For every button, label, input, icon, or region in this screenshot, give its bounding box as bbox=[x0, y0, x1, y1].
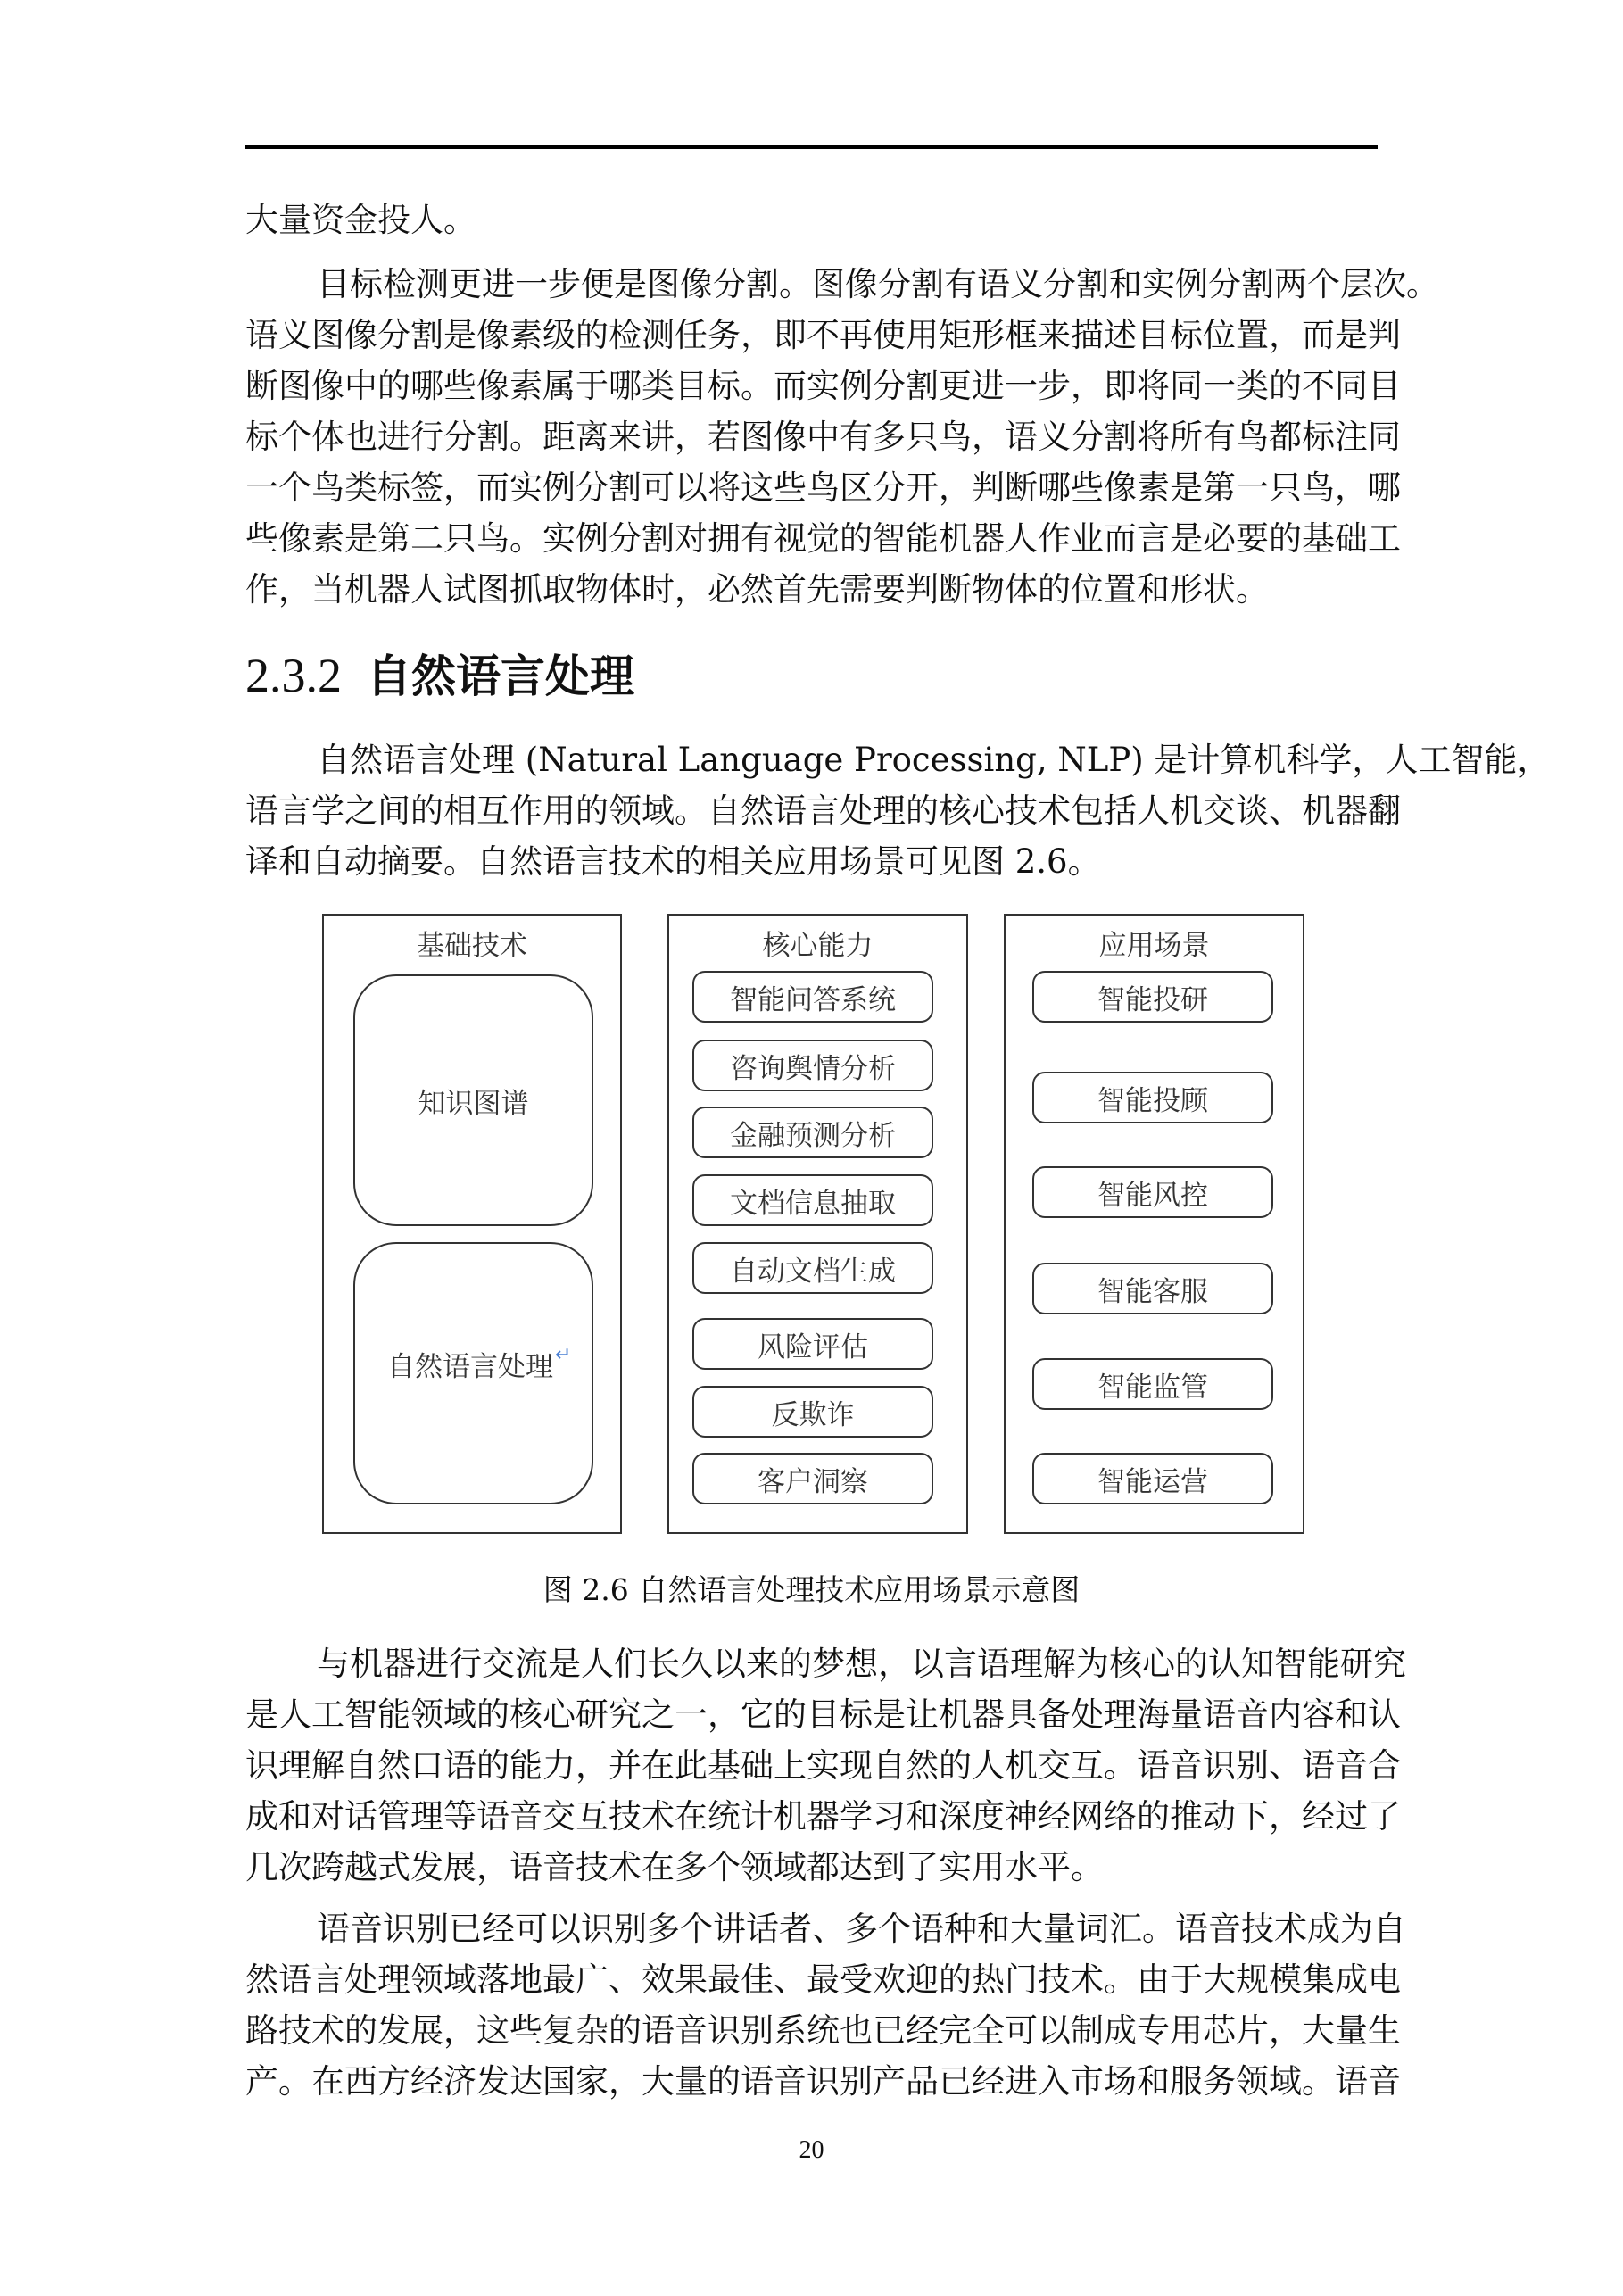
box-scenario: 智能监管 bbox=[1032, 1358, 1273, 1410]
paragraph-line: 大量资金投人。 bbox=[245, 195, 1378, 245]
section-heading: 2.3.2自然语言处理 bbox=[245, 644, 634, 707]
paragraph-line: 断图像中的哪些像素属于哪类目标。而实例分割更进一步，即将同一类的不同目 bbox=[245, 361, 1378, 411]
paragraph-line: 语言学之间的相互作用的领域。自然语言处理的核心技术包括人机交谈、机器翻 bbox=[245, 785, 1378, 836]
return-mark-icon: ↵ bbox=[555, 1344, 571, 1366]
paragraph-line: 路技术的发展，这些复杂的语音识别系统也已经完全可以制成专用芯片，大量生 bbox=[245, 2005, 1378, 2056]
paragraph-line: 是人工智能领域的核心研究之一，它的目标是让机器具备处理海量语音内容和认 bbox=[245, 1689, 1378, 1740]
column-core-capabilities: 核心能力 智能问答系统 咨询舆情分析 金融预测分析 文档信息抽取 自动文档生成 … bbox=[667, 914, 968, 1534]
paragraph-line: 几次跨越式发展，语音技术在多个领域都达到了实用水平。 bbox=[245, 1842, 1378, 1893]
paragraph-line: 译和自动摘要。自然语言技术的相关应用场景可见图 2.6。 bbox=[245, 836, 1378, 887]
header-rule bbox=[245, 145, 1378, 149]
box-capability: 金融预测分析 bbox=[692, 1107, 933, 1158]
paragraph-line: 作，当机器人试图抓取物体时，必然首先需要判断物体的位置和形状。 bbox=[245, 564, 1378, 615]
box-nlp: 自然语言处理↵ bbox=[353, 1242, 593, 1504]
box-capability: 客户洞察 bbox=[692, 1453, 933, 1504]
section-number: 2.3.2 bbox=[245, 649, 342, 702]
paragraph-line: 目标检测更进一步便是图像分割。图像分割有语义分割和实例分割两个层次。 bbox=[317, 259, 1378, 310]
column-title: 应用场景 bbox=[1006, 928, 1303, 964]
box-label: 知识图谱 bbox=[418, 1081, 529, 1121]
page-number: 20 bbox=[245, 2135, 1378, 2166]
box-capability: 风险评估 bbox=[692, 1318, 933, 1370]
paragraph-line: 与机器进行交流是人们长久以来的梦想，以言语理解为核心的认知智能研究 bbox=[317, 1638, 1378, 1689]
box-scenario: 智能风控 bbox=[1032, 1166, 1273, 1218]
box-scenario: 智能运营 bbox=[1032, 1453, 1273, 1504]
box-capability: 自动文档生成 bbox=[692, 1242, 933, 1294]
paragraph-line: 成和对话管理等语音交互技术在统计机器学习和深度神经网络的推动下，经过了 bbox=[245, 1791, 1378, 1842]
paragraph-line: 语音识别已经可以识别多个讲话者、多个语种和大量词汇。语音技术成为自 bbox=[317, 1903, 1378, 1954]
box-scenario: 智能客服 bbox=[1032, 1263, 1273, 1314]
column-title: 基础技术 bbox=[324, 928, 620, 964]
box-capability: 反欺诈 bbox=[692, 1386, 933, 1438]
figure-caption: 图 2.6 自然语言处理技术应用场景示意图 bbox=[245, 1568, 1378, 1612]
paragraph-line: 语义图像分割是像素级的检测任务，即不再使用矩形框来描述目标位置，而是判 bbox=[245, 310, 1378, 361]
paragraph-line: 产。在西方经济发达国家，大量的语音识别产品已经进入市场和服务领域。语音 bbox=[245, 2056, 1378, 2107]
paragraph-line: 标个体也进行分割。距离来讲，若图像中有多只鸟，语义分割将所有鸟都标注同 bbox=[245, 411, 1378, 462]
box-label: 自然语言处理 bbox=[387, 1344, 553, 1384]
paragraph-line: 自然语言处理 (Natural Language Processing, NLP… bbox=[317, 734, 1378, 785]
paragraph-line: 些像素是第二只鸟。实例分割对拥有视觉的智能机器人作业而言是必要的基础工 bbox=[245, 513, 1378, 564]
box-capability: 咨询舆情分析 bbox=[692, 1040, 933, 1091]
section-title: 自然语言处理 bbox=[367, 651, 634, 702]
box-capability: 文档信息抽取 bbox=[692, 1174, 933, 1226]
column-title: 核心能力 bbox=[669, 928, 966, 964]
box-scenario: 智能投顾 bbox=[1032, 1072, 1273, 1123]
box-capability: 智能问答系统 bbox=[692, 971, 933, 1023]
paragraph-line: 识理解自然口语的能力，并在此基础上实现自然的人机交互。语音识别、语音合 bbox=[245, 1740, 1378, 1791]
column-foundation-tech: 基础技术 知识图谱 自然语言处理↵ bbox=[322, 914, 622, 1534]
paragraph-line: 一个鸟类标签，而实例分割可以将这些鸟区分开，判断哪些像素是第一只鸟，哪 bbox=[245, 462, 1378, 513]
box-knowledge-graph: 知识图谱 bbox=[353, 974, 593, 1226]
box-scenario: 智能投研 bbox=[1032, 971, 1273, 1023]
paragraph-line: 然语言处理领域落地最广、效果最佳、最受欢迎的热门技术。由于大规模集成电 bbox=[245, 1954, 1378, 2005]
column-application-scenarios: 应用场景 智能投研 智能投顾 智能风控 智能客服 智能监管 智能运营 bbox=[1004, 914, 1304, 1534]
